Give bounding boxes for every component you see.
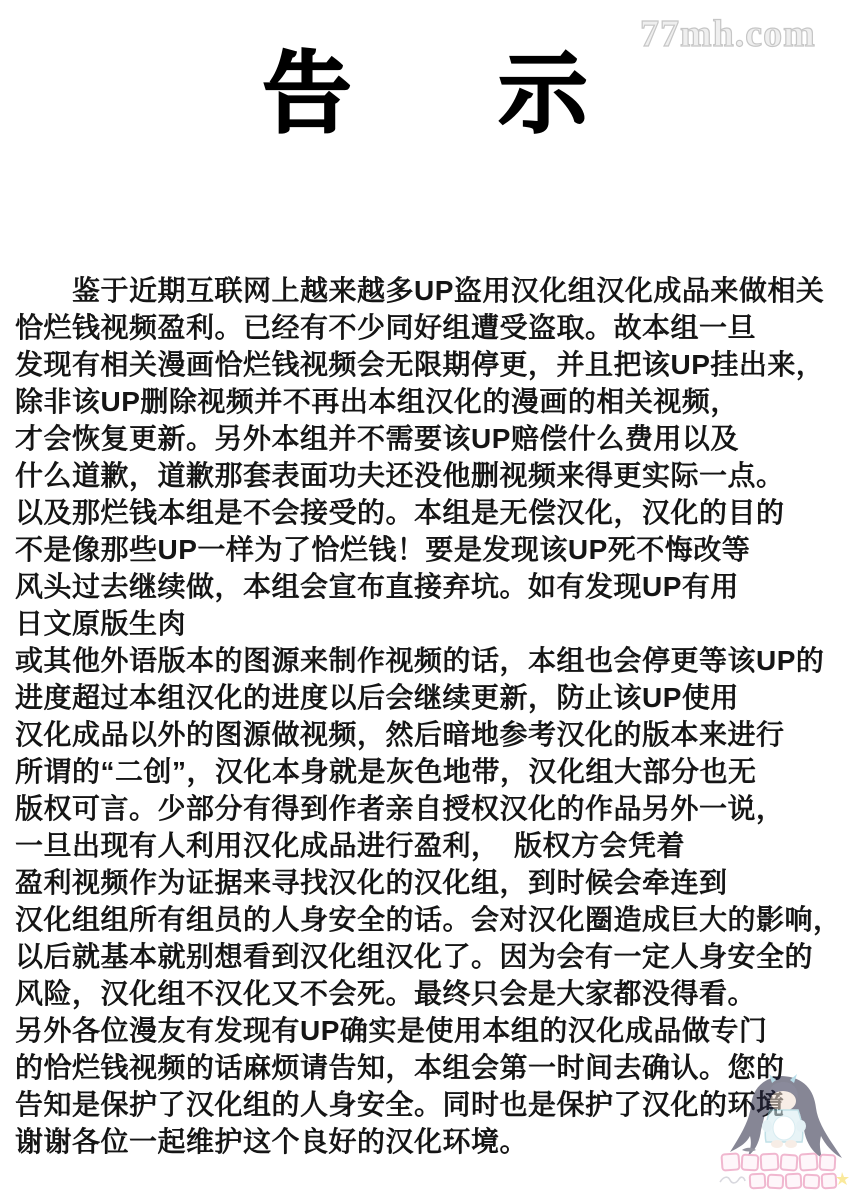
notice-line: 一旦出现有人利用汉化成品进行盈利， 版权方会凭着 [15,827,840,864]
notice-line: 谢谢各位一起维护这个良好的汉化环境。 [15,1123,840,1160]
notice-line: 除非该UP删除视频并不再出本组汉化的漫画的相关视频， [15,383,840,420]
notice-line: 以后就基本就别想看到汉化组汉化了。因为会有一定人身安全的 [15,938,840,975]
notice-line: 版权可言。少部分有得到作者亲自授权汉化的作品另外一说， [15,790,840,827]
notice-line: 不是像那些UP一样为了恰烂钱！要是发现该UP死不悔改等 [15,531,840,568]
notice-line: 汉化成品以外的图源做视频，然后暗地参考汉化的版本来进行 [15,716,840,753]
notice-line: 以及那烂钱本组是不会接受的。本组是无偿汉化，汉化的目的 [15,494,840,531]
page-title: 告 示 [0,44,850,144]
notice-page: 77mh.com 告 示 鉴于近期互联网上越来越多UP盗用汉化组汉化成品来做相关… [0,0,850,1200]
notice-line: 盈利视频作为证据来寻找汉化的汉化组，到时候会牵连到 [15,864,840,901]
notice-body: 鉴于近期互联网上越来越多UP盗用汉化组汉化成品来做相关恰烂钱视频盈利。已经有不少… [15,272,840,1160]
notice-line: 或其他外语版本的图源来制作视频的话，本组也会停更等该UP的 [15,642,840,679]
notice-line: 另外各位漫友有发现有UP确实是使用本组的汉化成品做专门 [15,1012,840,1049]
title-char-shi: 示 [499,44,587,144]
notice-line: 恰烂钱视频盈利。已经有不少同好组遭受盗取。故本组一旦 [15,309,840,346]
notice-line: 鉴于近期互联网上越来越多UP盗用汉化组汉化成品来做相关 [15,272,840,309]
notice-line: 风险，汉化组不汉化又不会死。最终只会是大家都没得看。 [15,975,840,1012]
notice-line: 日文原版生肉 [15,605,840,642]
notice-line: 发现有相关漫画恰烂钱视频会无限期停更，并且把该UP挂出来， [15,346,840,383]
notice-line: 所谓的“二创”，汉化本身就是灰色地带，汉化组大部分也无 [15,753,840,790]
notice-line: 才会恢复更新。另外本组并不需要该UP赔偿什么费用以及 [15,420,840,457]
title-char-gao: 告 [263,44,351,144]
notice-line: 风头过去继续做，本组会宣布直接弃坑。如有发现UP有用 [15,568,840,605]
notice-line: 的恰烂钱视频的话麻烦请告知，本组会第一时间去确认。您的 [15,1049,840,1086]
notice-line: 进度超过本组汉化的进度以后会继续更新，防止该UP使用 [15,679,840,716]
notice-line: 什么道歉，道歉那套表面功夫还没他删视频来得更实际一点。 [15,457,840,494]
notice-line: 告知是保护了汉化组的人身安全。同时也是保护了汉化的环境 [15,1086,840,1123]
notice-line: 汉化组组所有组员的人身安全的话。会对汉化圈造成巨大的影响， [15,901,840,938]
